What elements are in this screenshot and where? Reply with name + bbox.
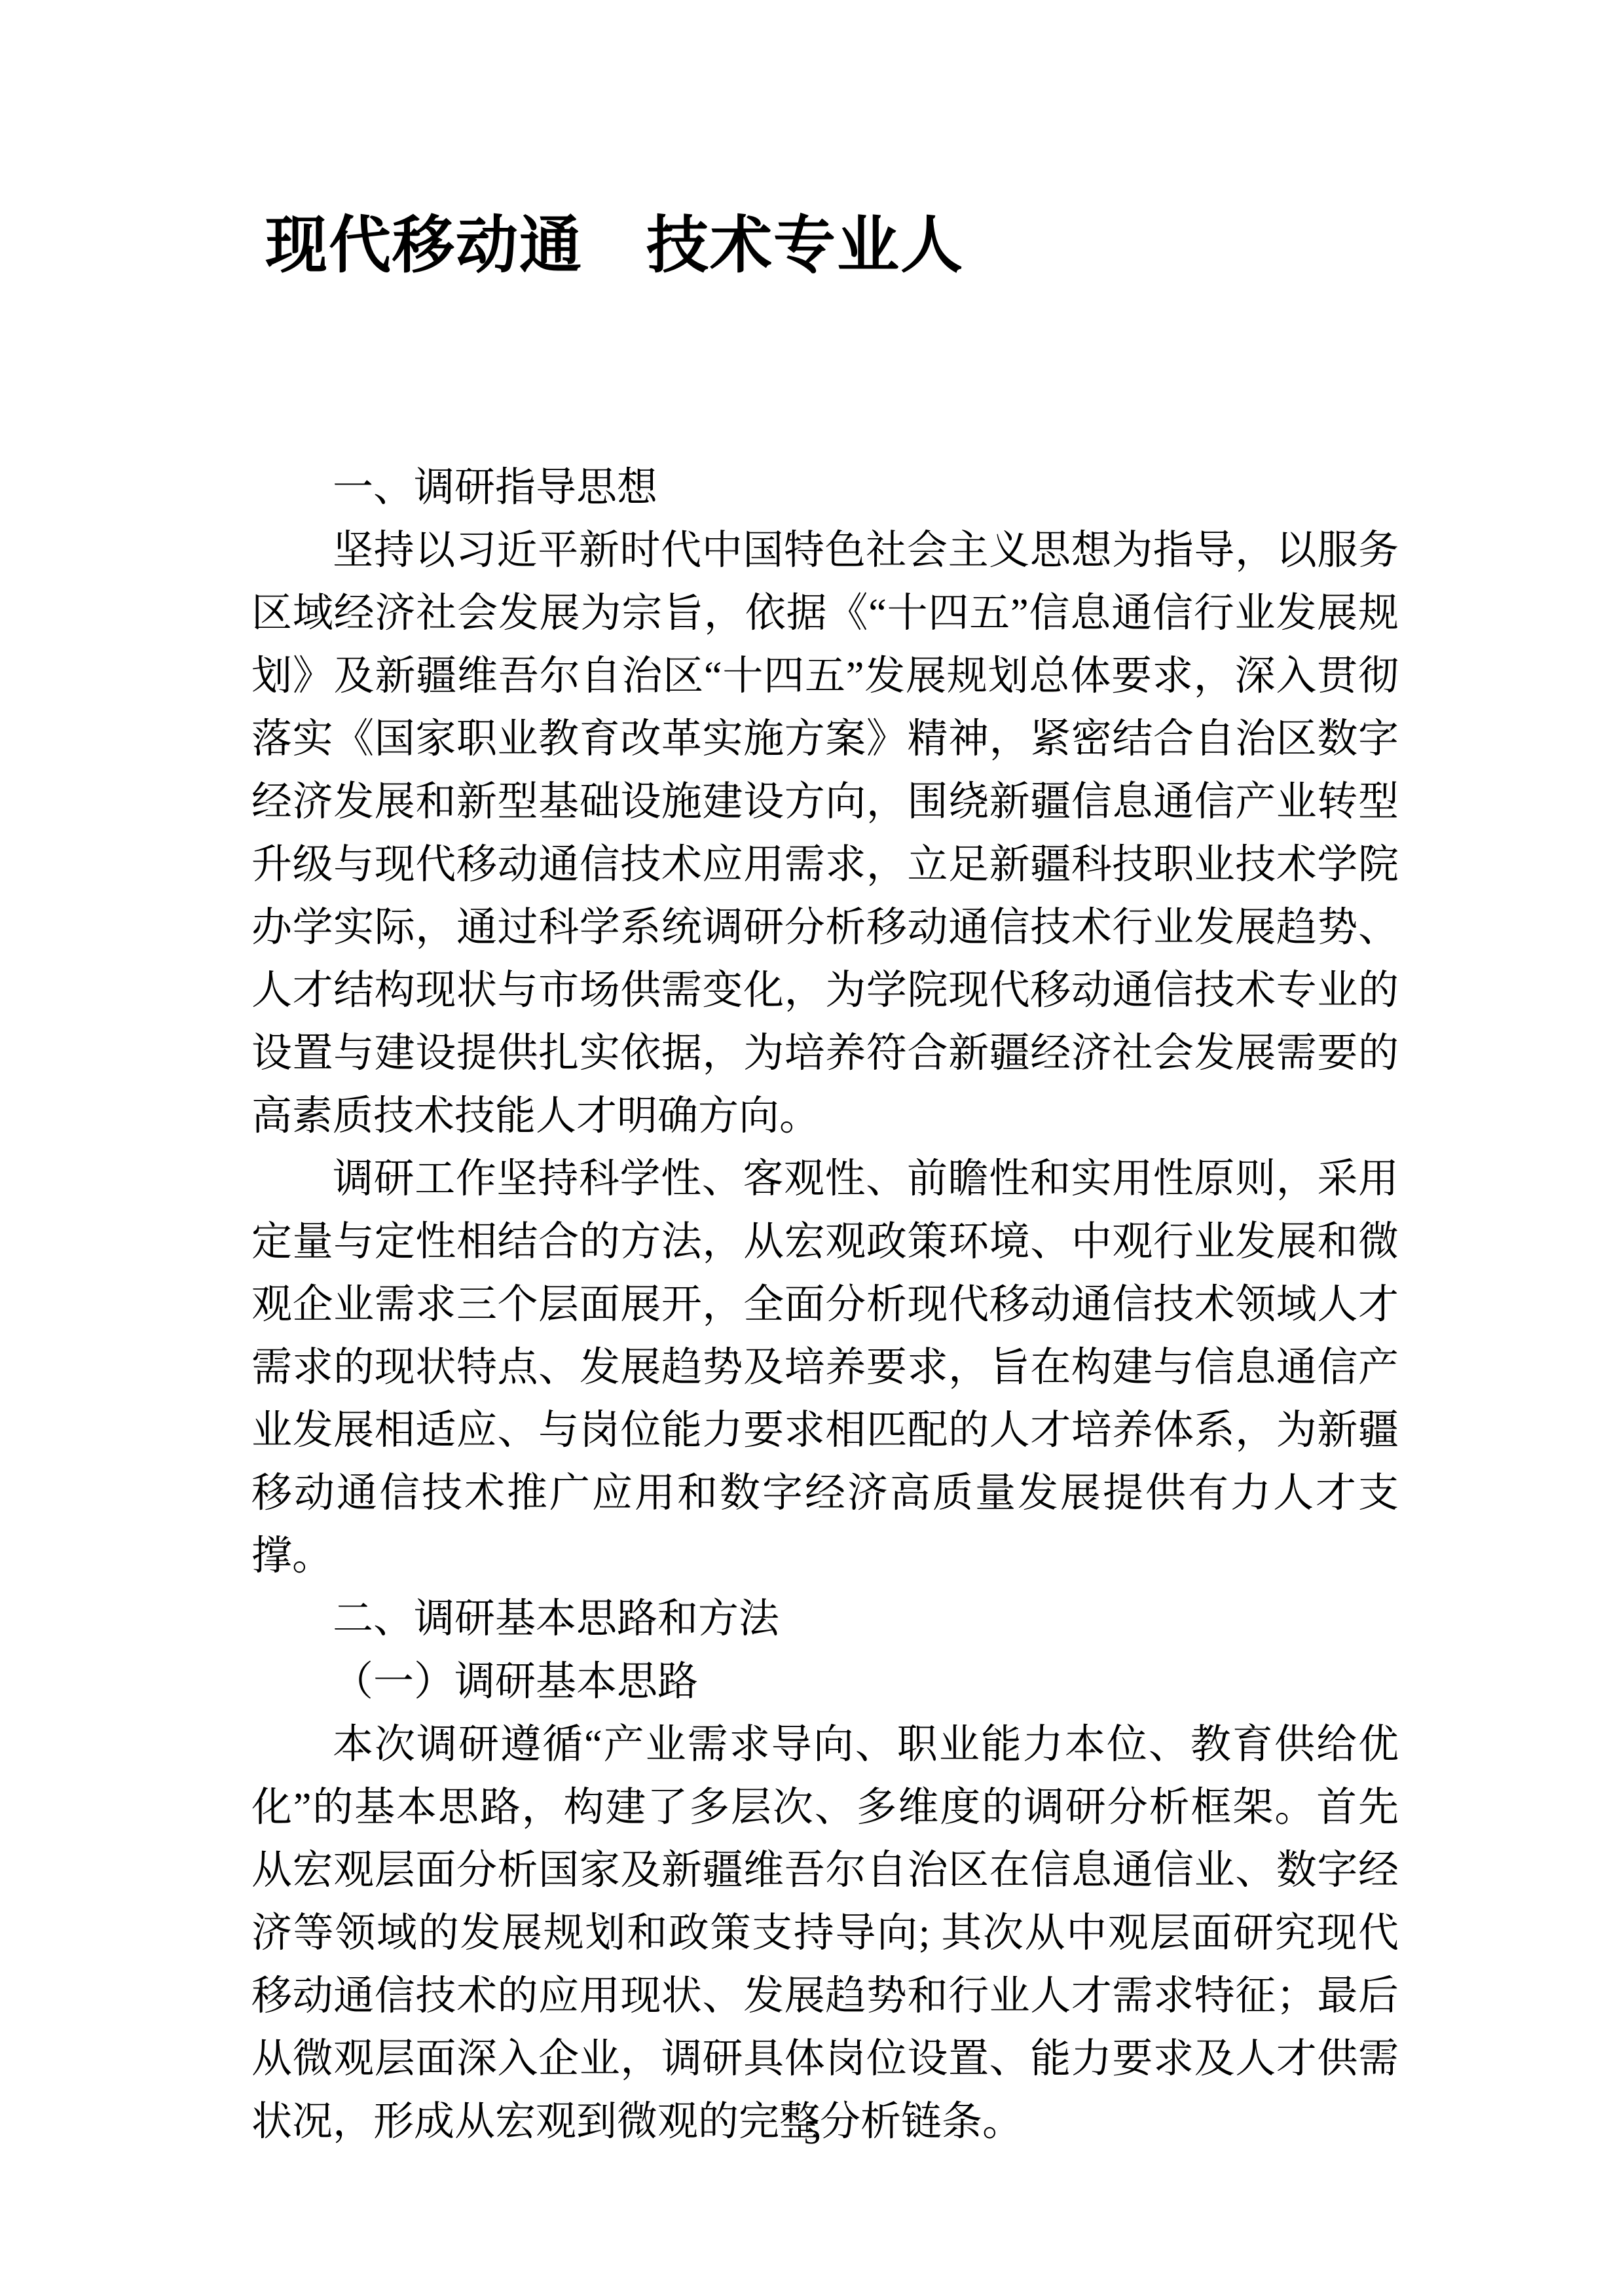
paragraph: 坚持以习近平新时代中国特色社会主义思想为指导，以服务区域经济社会发展为宗旨，依据…: [251, 519, 1399, 1148]
section-heading: 二、调研基本思路和方法: [251, 1588, 1399, 1650]
paragraph: 调研工作坚持科学性、客观性、前瞻性和实用性原则，采用定量与定性相结合的方法，从宏…: [251, 1148, 1399, 1588]
document-title: 现代移动通 技术专业人: [265, 208, 964, 283]
section-heading: 一、调研指导思想: [251, 456, 1399, 519]
section-heading: （一）调研基本思路: [251, 1650, 1399, 1713]
document-body: 一、调研指导思想坚持以习近平新时代中国特色社会主义思想为指导，以服务区域经济社会…: [251, 456, 1399, 2153]
document-page: 现代移动通 技术专业人 一、调研指导思想坚持以习近平新时代中国特色社会主义思想为…: [0, 0, 1624, 2296]
page-number: 5: [0, 2116, 1624, 2150]
paragraph: 本次调研遵循“产业需求导向、职业能力本位、教育供给优化”的基本思路，构建了多层次…: [251, 1713, 1399, 2153]
